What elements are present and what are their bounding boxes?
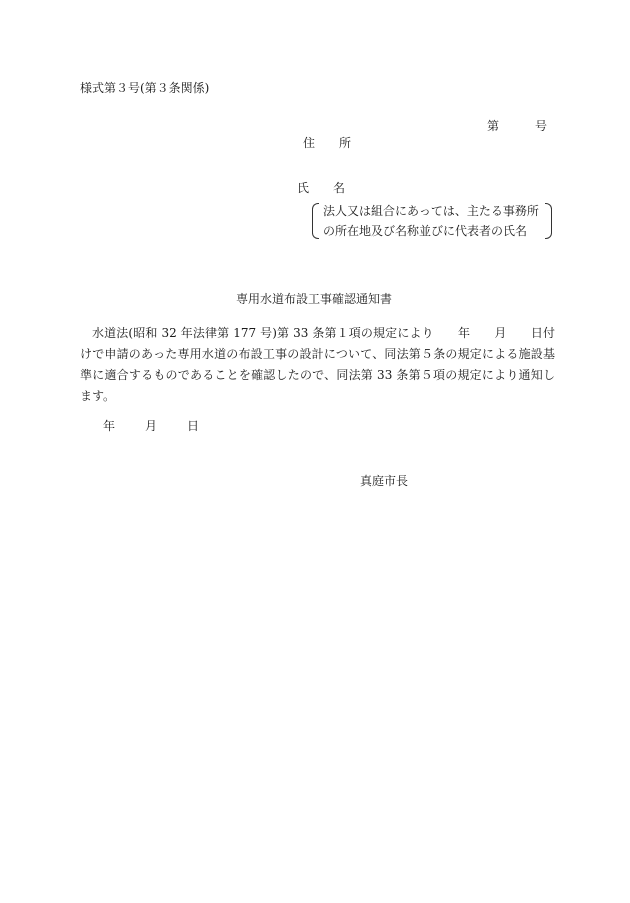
right-bracket xyxy=(545,203,552,239)
date-line: 年月日 xyxy=(103,420,199,432)
form-number: 様式第３号(第３条関係) xyxy=(80,82,209,94)
note-line-2: の所在地及び名称並びに代表者の氏名 xyxy=(323,225,527,237)
document-title: 専用水道布設工事確認通知書 xyxy=(236,293,392,305)
date-year: 年 xyxy=(103,419,115,433)
name-label-char-1: 氏 xyxy=(297,181,309,195)
address-label: 住所 xyxy=(303,137,351,149)
doc-number-suffix: 号 xyxy=(535,120,547,132)
date-day: 日 xyxy=(187,419,199,433)
note-line-1: 法人又は組合にあっては、主たる事務所 xyxy=(323,205,539,217)
corporate-note: 法人又は組合にあっては、主たる事務所 の所在地及び名称並びに代表者の氏名 xyxy=(312,201,552,241)
date-month: 月 xyxy=(145,419,157,433)
address-label-char-2: 所 xyxy=(339,136,351,150)
doc-number-prefix: 第 xyxy=(487,120,499,132)
name-label-char-2: 名 xyxy=(333,181,345,195)
body-text: 水道法(昭和 32 年法律第 177 号)第 33 条第１項の規定により 年 月… xyxy=(80,323,555,407)
left-bracket xyxy=(312,203,319,239)
name-label: 氏名 xyxy=(297,182,345,194)
address-label-char-1: 住 xyxy=(303,136,315,150)
signer: 真庭市長 xyxy=(360,475,408,487)
